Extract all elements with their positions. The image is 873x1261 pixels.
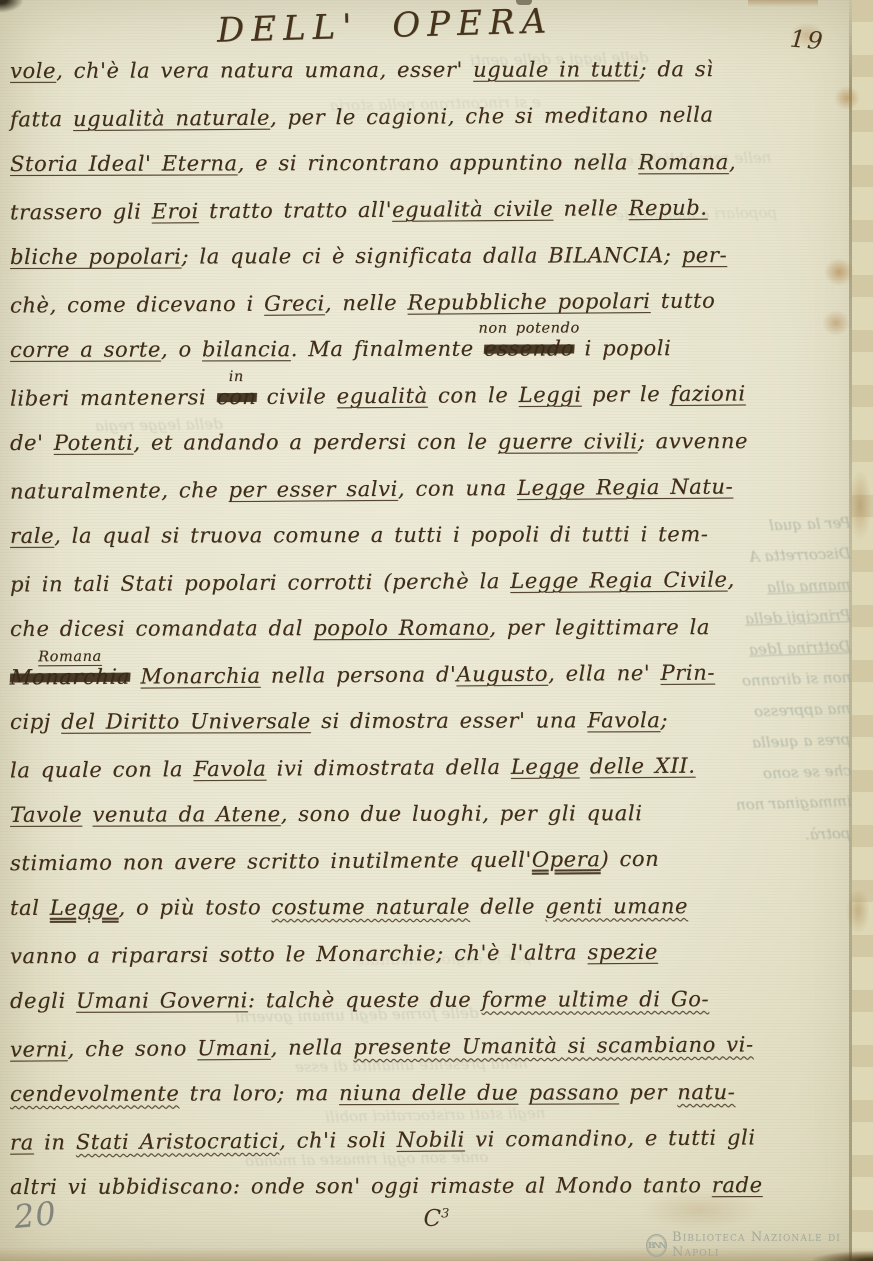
text-segment: nella persona d' [261, 662, 457, 687]
manuscript-line: vanno a ripararsi sotto le Monarchie; ch… [10, 939, 658, 968]
text-segment: Augusto [456, 661, 548, 686]
manuscript-line: naturalmente, che per esser salvi, con u… [10, 474, 733, 503]
text-segment: , o [161, 337, 202, 361]
text-segment: Legge [511, 754, 580, 778]
text-segment: per le [582, 381, 671, 406]
text-segment: bliche popolari [10, 244, 181, 268]
text-segment: de' [10, 431, 54, 455]
text-segment: Greci [264, 291, 325, 315]
text-segment: la quale con la [10, 757, 194, 782]
text-segment: niuna delle due [339, 1081, 518, 1105]
text-segment: passano [529, 1080, 619, 1104]
text-segment: con le [428, 383, 519, 408]
manuscript-line: RomanaMonarchia Monarchia nella persona … [10, 660, 715, 689]
text-segment: spezie [587, 939, 658, 963]
text-segment: , che sono [68, 1036, 198, 1061]
text-segment: liberi mantenersi [10, 385, 217, 410]
text-segment: Opera [532, 847, 601, 871]
manuscript-line: Storia Ideal' Eterna, e si rincontrano a… [10, 150, 736, 176]
manuscript-line: vole, ch'è la vera natura umana, esser' … [10, 57, 714, 83]
text-segment: Eroi [152, 199, 199, 223]
manuscript-line: de' Potenti, et andando a perdersi con l… [10, 429, 748, 455]
manuscript-line: Tavole venuta da Atene, sono due luoghi,… [10, 801, 643, 827]
manuscript-page: delle leggi e delle gentie si rincontran… [0, 0, 873, 1261]
text-segment: , ch'i soli [279, 1127, 397, 1152]
text-segment: Favola [587, 708, 660, 732]
manuscript-line: corre a sorte, o bilancia. Ma finalmente… [10, 336, 671, 362]
text-segment: , ella ne' [548, 660, 661, 685]
library-watermark: BNN Biblioteca Nazionale di Napoli [646, 1230, 873, 1260]
manuscript-line: stimiamo non avere scritto inutilmente q… [10, 846, 659, 875]
text-segment: , la qual si truova comune a tutti i pop… [54, 522, 708, 548]
text-segment: rale [10, 524, 54, 548]
library-name: Biblioteca Nazionale di Napoli [672, 1230, 873, 1260]
text-segment: , et andando a perdersi con le [133, 430, 497, 455]
struck-word: essendo [483, 336, 575, 360]
text-segment: venuta da Atene [92, 802, 280, 826]
text-segment: fatta [10, 107, 73, 131]
text-segment: Nobili [397, 1127, 465, 1151]
text-segment: nelle [553, 196, 629, 221]
text-segment: ; la quale ci è significata dalla BILANC… [181, 243, 681, 268]
text-segment: ra [10, 1130, 34, 1154]
text-segment: ) con [600, 846, 659, 870]
text-segment: : talchè queste due [248, 988, 482, 1013]
text-segment: altri vi ubbidiscano: onde son' oggi rim… [10, 1173, 712, 1199]
text-segment [518, 1081, 528, 1105]
text-segment: egualità [337, 383, 428, 408]
text-segment: vanno a ripararsi sotto le Monarchie; ch… [10, 940, 588, 968]
text-segment: rade [712, 1173, 763, 1197]
catchword-superscript: 3 [441, 1206, 449, 1221]
text-segment: vi comandino, e tutti gli [465, 1125, 756, 1151]
text-segment: , con una [398, 475, 517, 500]
text-segment: Repubbliche popolari [407, 288, 650, 314]
interlinear-insertion: Romana [38, 648, 102, 664]
text-segment: verni [10, 1037, 68, 1061]
text-segment: Stati Aristocratici [76, 1128, 279, 1153]
text-segment: fazioni [670, 381, 745, 406]
text-segment: , nelle [325, 290, 408, 315]
text-segment: si dimostra esser' una [311, 708, 588, 733]
text-segment: del Diritto Universale [61, 709, 311, 734]
library-logo-icon: BNN [646, 1234, 667, 1257]
manuscript-body: vole, ch'è la vera natura umana, esser' … [0, 0, 873, 1261]
text-segment: tal [10, 896, 50, 920]
text-segment: Legge Regia Civile [510, 567, 727, 593]
text-segment: Legge Regia Natu- [517, 474, 733, 500]
text-segment [579, 754, 589, 778]
text-segment: corre a sorte [10, 337, 161, 361]
text-segment: in [34, 1130, 76, 1154]
text-segment: Potenti [54, 431, 134, 455]
text-segment: tutto [650, 288, 715, 312]
text-segment: cendevolmente [10, 1082, 179, 1106]
text-segment: per esser salvi [228, 476, 397, 501]
struck-word: Monarchia [9, 664, 131, 689]
text-segment: Favola [193, 756, 266, 781]
text-segment: forme ultime di Go- [481, 987, 709, 1012]
text-segment: che dicesi comandata dal [10, 616, 313, 641]
manuscript-line: cipj del Diritto Universale si dimostra … [10, 708, 668, 734]
text-segment: trassero gli [10, 199, 152, 224]
text-segment: , per le cagioni, che si meditano nella [270, 102, 714, 129]
text-segment: degli [10, 989, 76, 1013]
text-segment: popolo Romano [313, 616, 489, 640]
catchword: C3 [0, 1206, 873, 1232]
text-segment: . Ma finalmente [291, 337, 484, 362]
manuscript-line: cendevolmente tra loro; ma niuna delle d… [10, 1080, 735, 1106]
manuscript-line: che dicesi comandata dal popolo Romano, … [10, 615, 710, 641]
text-segment: Legge [50, 896, 119, 920]
text-segment: stimiamo non avere scritto inutilmente q… [10, 847, 532, 875]
text-segment: , o più tosto [118, 895, 271, 919]
manuscript-line: bliche popolari; la quale ci è significa… [10, 243, 727, 269]
manuscript-line: ra in Stati Aristocratici, ch'i soli Nob… [10, 1125, 756, 1154]
catchword-letter: C [424, 1206, 442, 1232]
text-segment: i popoli [574, 336, 671, 360]
text-segment: , e si rincontrano appuntino nella [238, 150, 639, 175]
text-segment: , [727, 567, 734, 591]
text-segment: pi in tali Stati popolari corrotti (perc… [10, 569, 510, 596]
text-segment: per- [682, 243, 727, 267]
text-segment: Romana [638, 150, 729, 174]
text-segment: delle XII. [590, 753, 696, 778]
text-segment: ivi dimostrata della [266, 754, 511, 780]
text-segment: ; avvenne [638, 429, 748, 453]
text-segment: , ch'è la vera natura umana, esser' [56, 58, 473, 83]
text-segment: presente Umanità si scambiano vi- [353, 1032, 753, 1059]
text-segment: tratto tratto all' [199, 197, 392, 222]
text-segment: civile [256, 384, 337, 409]
manuscript-line: tal Legge, o più tosto costume naturale … [10, 894, 688, 920]
text-segment: genti umane [545, 894, 688, 918]
manuscript-line: degli Umani Governi: talchè queste due f… [10, 987, 709, 1013]
manuscript-line: altri vi ubbidiscano: onde son' oggi rim… [10, 1173, 763, 1199]
manuscript-line: trassero gli Eroi tratto tratto all'egua… [10, 195, 708, 224]
manuscript-line: verni, che sono Umani, nella presente Um… [10, 1032, 754, 1061]
pencil-folio-number: 20 [12, 1194, 58, 1236]
text-segment: ; da sì [639, 57, 713, 81]
interlinear-insertion: non potendo [478, 320, 579, 336]
struck-word: con [216, 384, 257, 408]
manuscript-line: rale, la qual si truova comune a tutti i… [10, 522, 708, 548]
text-segment: ugualità naturale [73, 105, 270, 130]
text-segment: ; [660, 708, 668, 732]
text-segment: Umani Governi [76, 988, 248, 1012]
text-segment: naturalmente, che [10, 477, 229, 503]
manuscript-line: chè, come dicevano i Greci, nelle Repubb… [10, 288, 715, 317]
text-segment: cipj [10, 710, 61, 734]
text-segment: , per legittimare la [489, 615, 710, 640]
text-segment: chè, come dicevano i [10, 291, 264, 317]
text-segment: tra loro; ma [179, 1081, 339, 1105]
manuscript-line: fatta ugualità naturale, per le cagioni,… [10, 102, 714, 131]
text-segment: costume naturale [271, 895, 470, 920]
text-segment: egualità civile [392, 196, 553, 221]
interlinear-insertion: in [229, 368, 244, 384]
text-segment: , nella [270, 1035, 353, 1060]
text-segment: , [729, 150, 736, 174]
text-segment: Tavole [10, 803, 82, 827]
text-segment: Repub. [629, 195, 708, 220]
manuscript-line: pi in tali Stati popolari corrotti (perc… [10, 567, 735, 596]
text-segment [82, 803, 92, 827]
text-segment: Storia Ideal' Eterna [10, 151, 238, 176]
manuscript-line: la quale con la Favola ivi dimostrata de… [10, 753, 696, 782]
text-segment: , sono due luoghi, per gli quali [281, 801, 643, 826]
text-segment: uguale in tutti [473, 57, 639, 81]
text-segment: per [619, 1080, 677, 1104]
text-segment: Monarchia [140, 663, 260, 688]
text-segment: guerre civili [498, 429, 638, 453]
manuscript-line: liberi mantenersi incon civile egualità … [10, 381, 746, 410]
text-segment: bilancia [202, 337, 291, 361]
text-segment: Leggi [519, 382, 582, 406]
text-segment: delle [470, 894, 545, 918]
text-segment: natu- [677, 1080, 735, 1104]
text-segment: vole [10, 59, 56, 83]
text-segment: Umani [197, 1035, 271, 1060]
text-segment: Prin- [660, 660, 715, 684]
